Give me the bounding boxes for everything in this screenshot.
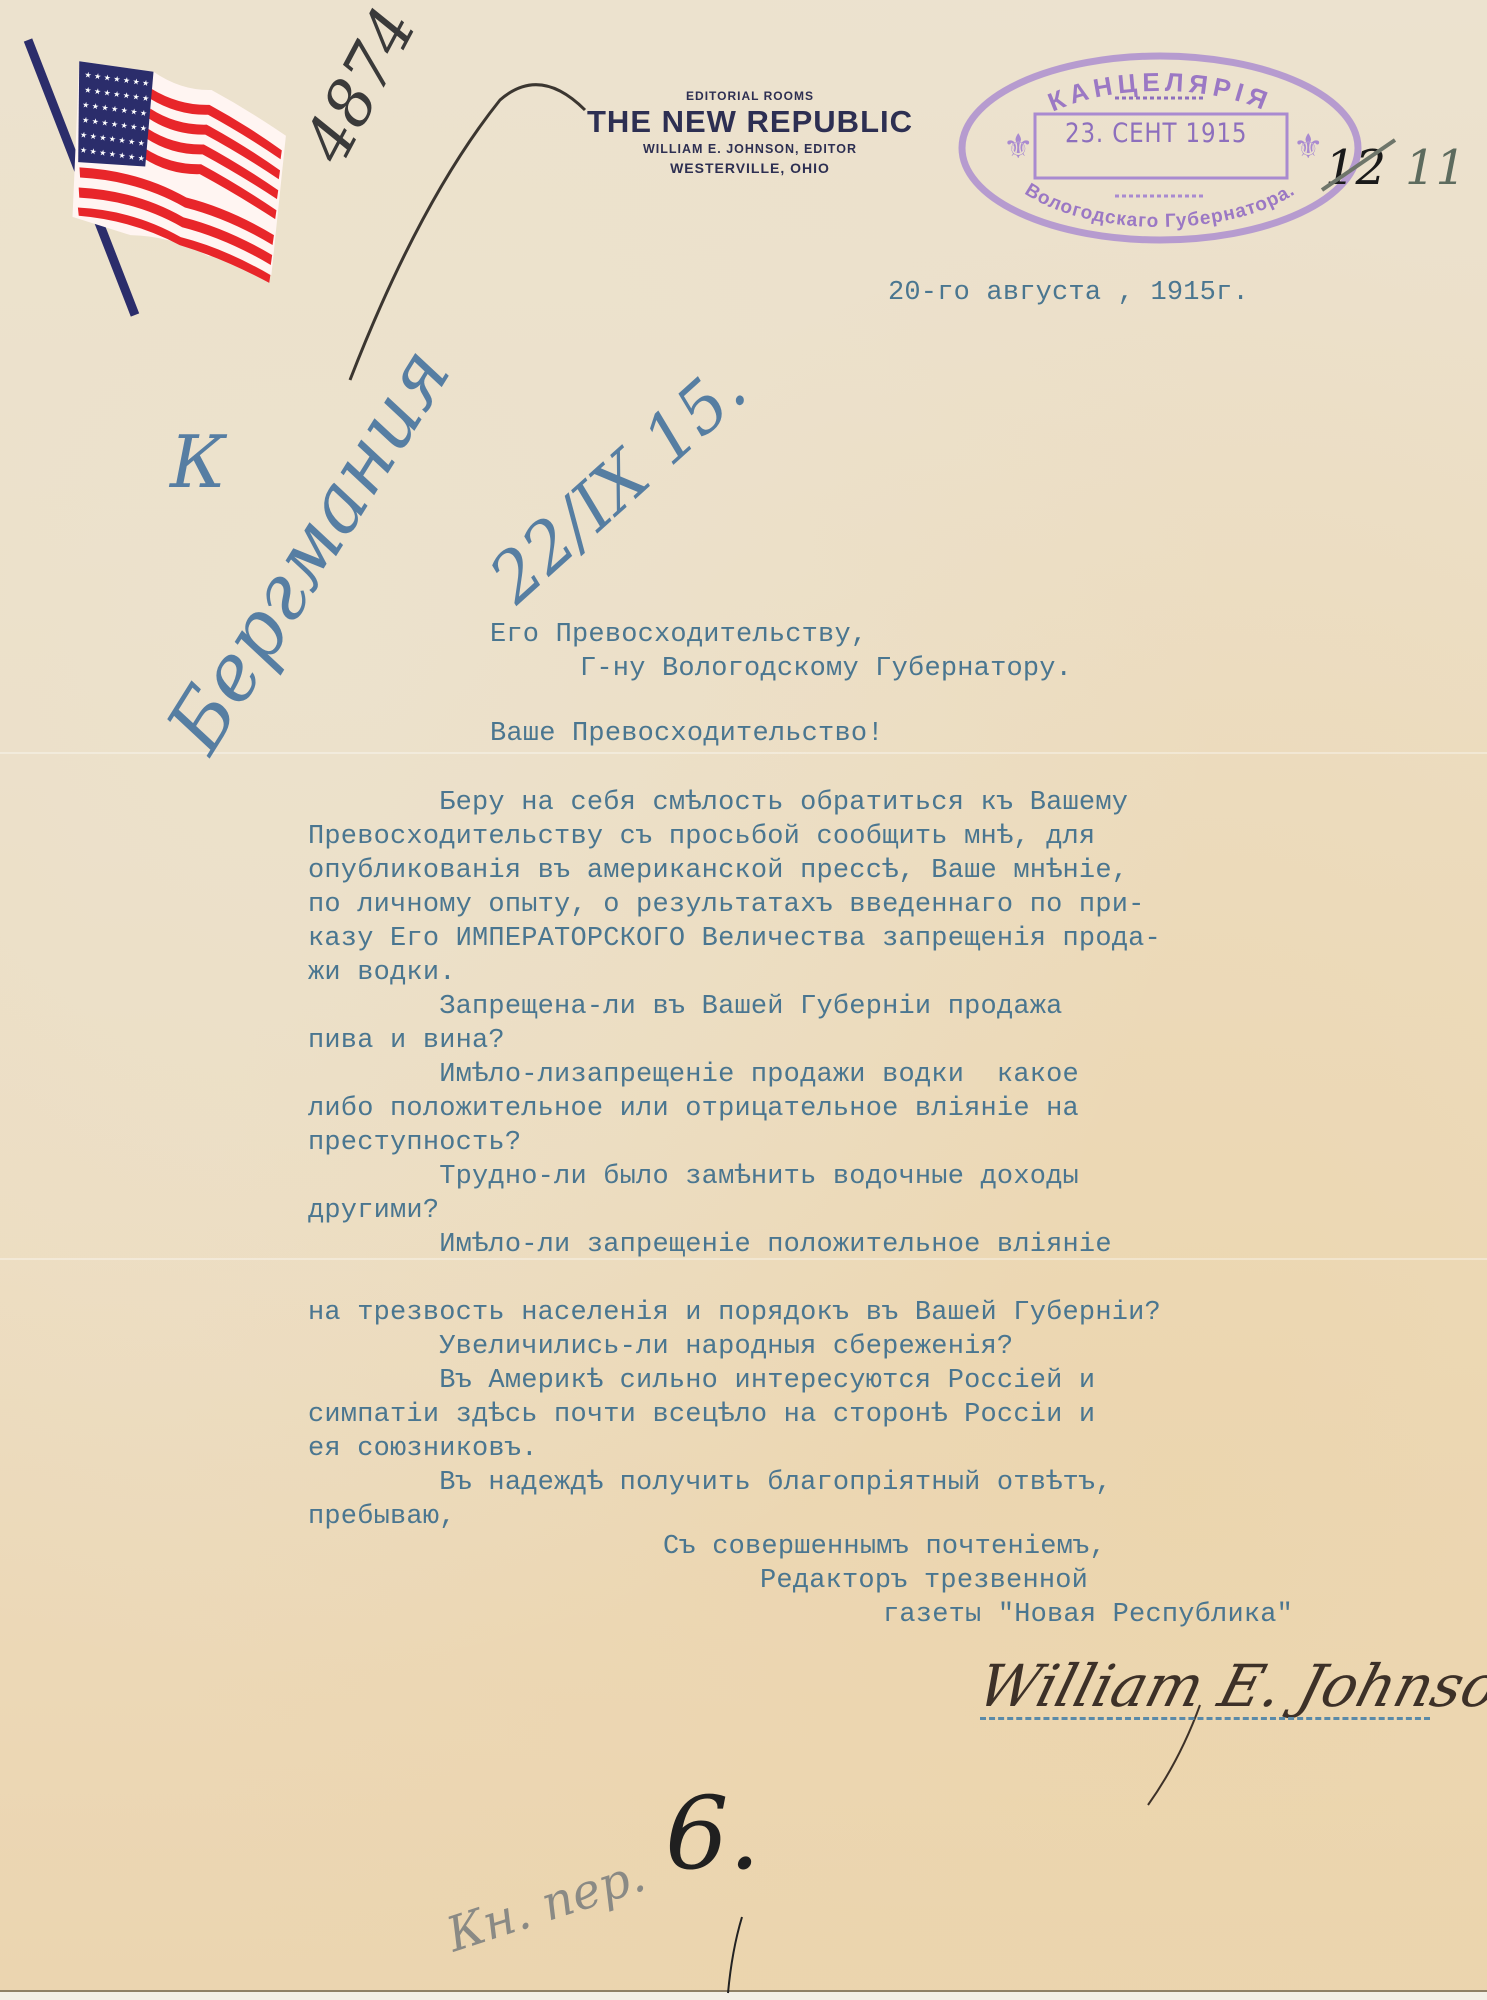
body-line: Увеличились-ли народныя сбереженія? xyxy=(308,1330,1161,1364)
body-line: другими? xyxy=(308,1194,1161,1228)
salutation: Ваше Превосходительство! xyxy=(490,717,884,751)
body-line: на трезвость населенія и порядокъ въ Ваш… xyxy=(308,1296,1161,1330)
svg-text:КАНЦЕЛЯРІЯ: КАНЦЕЛЯРІЯ xyxy=(1044,67,1277,118)
body-line: пребываю, xyxy=(308,1500,1161,1534)
body-line: Въ надеждѣ получить благопріятный отвѣтъ… xyxy=(308,1466,1161,1500)
american-flag-icon: ★ ★ ★ ★ ★ ★ ★ ★ ★ ★ ★ ★ ★ ★ ★ ★ ★ ★ ★ ★ … xyxy=(20,30,310,320)
body-line: симпатіи здѣсь почти всецѣло на сторонѣ … xyxy=(308,1398,1161,1432)
body-line: пива и вина? xyxy=(308,1024,1161,1058)
closing-line-2: Редакторъ трезвенной xyxy=(760,1564,1088,1598)
letterhead-city: WESTERVILLE, OHIO xyxy=(540,158,960,178)
body-line: либо положительное или отрицательное влі… xyxy=(308,1092,1161,1126)
letter-body: Беру на себя смѣлость обратиться къ Ваше… xyxy=(308,786,1161,1534)
checkmark-stroke-icon xyxy=(340,70,600,390)
svg-text:Вологодскаго Губернатора.: Вологодскаго Губернатора. xyxy=(1021,180,1299,232)
body-line: Запрещена-ли въ Вашей Губерніи продажа xyxy=(308,990,1161,1024)
letterhead-department: EDITORIAL ROOMS xyxy=(540,88,960,104)
body-line: ея союзниковъ. xyxy=(308,1432,1161,1466)
body-line: Имѣло-лизапрещеніе продажи водки какое xyxy=(308,1058,1161,1092)
handwritten-number: 6. xyxy=(665,1775,760,1892)
svg-text:⚜: ⚜ xyxy=(1003,127,1033,167)
letter-date: 20-го августа , 1915г. xyxy=(888,276,1249,310)
signature-line xyxy=(980,1717,1430,1720)
letterhead: EDITORIAL ROOMS THE NEW REPUBLIC WILLIAM… xyxy=(540,88,960,178)
body-line: жи водки. xyxy=(308,956,1161,990)
pen-stroke-icon xyxy=(720,1915,750,1995)
body-line: по личному опыту, о результатахъ введенн… xyxy=(308,888,1161,922)
letterhead-title: THE NEW REPUBLIC xyxy=(540,104,960,140)
body-line-blank xyxy=(308,1262,1161,1296)
addressee-line-1: Его Превосходительству, xyxy=(490,618,867,652)
body-line: Въ Америкѣ сильно интересуются Россіей и xyxy=(308,1364,1161,1398)
page-number: 11 xyxy=(1405,140,1466,196)
body-line: казу Его ИМПЕРАТОРСКОГО Величества запре… xyxy=(308,922,1161,956)
addressee-line-2: Г-ну Вологодскому Губернатору. xyxy=(580,652,1072,686)
closing-line-3: газеты "Новая Республика" xyxy=(883,1598,1293,1632)
resolution-k: К xyxy=(170,420,226,504)
body-line: преступность? xyxy=(308,1126,1161,1160)
body-line: Трудно-ли было замѣнить водочные доходы xyxy=(308,1160,1161,1194)
body-line: Имѣло-ли запрещеніе положительное вліяні… xyxy=(308,1228,1161,1262)
letterhead-editor: WILLIAM E. JOHNSON, EDITOR xyxy=(540,140,960,158)
body-line: опубликованія въ американской прессѣ, Ва… xyxy=(308,854,1161,888)
svg-text:⚜: ⚜ xyxy=(1293,127,1323,167)
body-line: Беру на себя смѣлость обратиться къ Ваше… xyxy=(308,786,1161,820)
body-line: Превосходительству съ просьбой сообщить … xyxy=(308,820,1161,854)
stamp-date: 23. СЕНТ 1915 xyxy=(1065,118,1247,149)
closing-line-1: Съ совершеннымъ почтеніемъ, xyxy=(663,1530,1106,1564)
signature: William E. Johnson xyxy=(971,1652,1487,1720)
strikethrough-icon xyxy=(1320,135,1400,195)
